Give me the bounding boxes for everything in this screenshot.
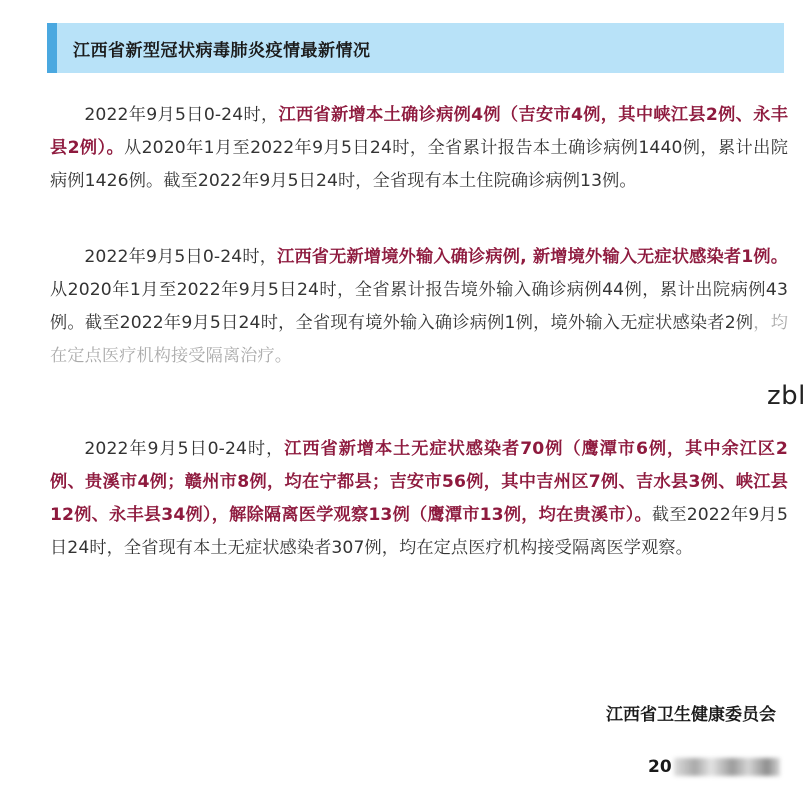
paragraph-local-confirmed: 2022年9月5日0-24时，江西省新增本土确诊病例4例（吉安市4例，其中峡江县…	[50, 99, 788, 198]
title-banner: 江西省新型冠状病毒肺炎疫情最新情况	[47, 23, 784, 73]
watermark: zblog	[767, 381, 804, 411]
text-segment: 2022年9月5日0-24时，	[84, 247, 277, 267]
text-segment: 从2020年1月至2022年9月5日24时，全省累计报告本土确诊病例1440例，…	[50, 138, 788, 191]
text-segment: 从2020年1月至2022年9月5日24时，全省累计报告境外输入确诊病例44例，…	[50, 280, 788, 333]
paragraph-imported-cases: 2022年9月5日0-24时，江西省无新增境外输入确诊病例, 新增境外输入无症状…	[50, 241, 788, 373]
text-segment: 2022年9月5日0-24时，	[84, 105, 278, 125]
page-title: 江西省新型冠状病毒肺炎疫情最新情况	[73, 36, 371, 61]
issuer-signature: 江西省卫生健康委员会	[606, 700, 776, 725]
text-segment: 2022年9月5日0-24时，	[84, 439, 284, 459]
paragraph-local-asymptomatic: 2022年9月5日0-24时，江西省新增本土无症状感染者70例（鹰潭市6例，其中…	[50, 433, 788, 565]
date-blurred-region	[674, 758, 780, 776]
issue-date: 20	[648, 757, 780, 777]
document-page: 江西省新型冠状病毒肺炎疫情最新情况 2022年9月5日0-24时，江西省新增本土…	[0, 0, 804, 800]
date-prefix: 20	[648, 757, 672, 777]
highlight-segment: 江西省无新增境外输入确诊病例, 新增境外输入无症状感染者1例。	[277, 247, 788, 267]
